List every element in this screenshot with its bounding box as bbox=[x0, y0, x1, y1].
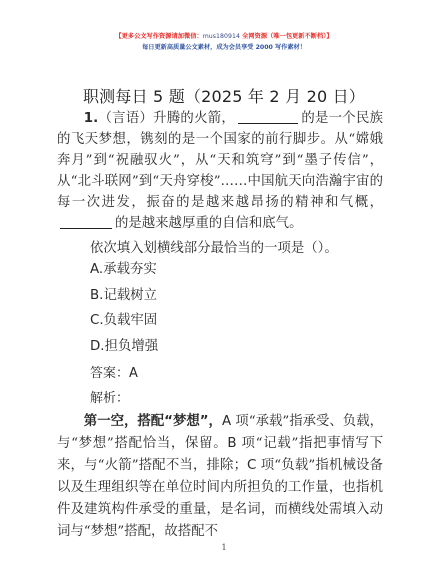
option-letter: C. bbox=[90, 313, 104, 328]
option-d: D.担负增强 bbox=[90, 338, 158, 364]
option-ref-b: B bbox=[227, 436, 236, 451]
question-paragraph: 1.（言语）升腾的火箭，的是一个民族的飞天梦想，镌刻的是一个国家的前行脚步。从“… bbox=[57, 108, 383, 234]
answer-line: 答案：A bbox=[90, 362, 138, 381]
option-ref-c: C bbox=[247, 458, 256, 473]
promo-banner-line-1: 【更多公文写作资源请加微信：mus180914 全网资源（唯一包更新不断档）】 bbox=[0, 31, 448, 40]
promo-banner-line-2: 每日更新高质量公文素材，成为会员享受 2000 写作素材！ bbox=[0, 42, 448, 51]
fill-blank-2 bbox=[60, 214, 112, 229]
option-ref-a: A bbox=[222, 414, 231, 429]
option-c: C.负载牢固 bbox=[90, 312, 158, 338]
option-letter: A. bbox=[90, 262, 103, 277]
option-b: B.记载树立 bbox=[90, 287, 158, 313]
analysis-body: 第一空，搭配“梦想”，A 项“承载”指承受、负载，与“梦想”搭配恰当，保留。B … bbox=[57, 411, 383, 543]
page-title: 职测每日 5 题（2025 年 2 月 20 日） bbox=[0, 84, 448, 107]
option-letter: B. bbox=[90, 288, 103, 303]
question-number: 1. bbox=[84, 111, 98, 126]
page-number: 1 bbox=[0, 543, 448, 552]
question-stem: 依次填入划横线部分最恰当的一项是（）。 bbox=[90, 237, 338, 256]
options-list: A.承载夯实 B.记载树立 C.负载牢固 D.担负增强 bbox=[90, 261, 158, 363]
analysis-paragraph: 第一空，搭配“梦想”，A 项“承载”指承受、负载，与“梦想”搭配恰当，保留。B … bbox=[57, 411, 383, 543]
wechat-handle: mus180914 bbox=[203, 33, 240, 40]
fill-blank-1 bbox=[238, 109, 298, 124]
option-text: 记载树立 bbox=[103, 288, 157, 303]
promo-suffix: 全网资源（唯一包更新不断档）】 bbox=[240, 33, 333, 40]
option-letter: D. bbox=[90, 339, 105, 354]
option-text: 承载夯实 bbox=[103, 262, 157, 277]
option-text: 担负增强 bbox=[105, 339, 159, 354]
document-page: 【更多公文写作资源请加微信：mus180914 全网资源（唯一包更新不断档）】 … bbox=[0, 0, 448, 580]
question-text-part-1: （言语）升腾的火箭， bbox=[98, 111, 235, 126]
analysis-lead: 第一空，搭配“梦想”， bbox=[84, 414, 222, 429]
question-text-part-3: 的是越来越厚重的自信和底气。 bbox=[115, 216, 302, 231]
option-a: A.承载夯实 bbox=[90, 261, 158, 287]
promo-prefix: 【更多公文写作资源请加微信： bbox=[115, 33, 202, 40]
analysis-label: 解析： bbox=[90, 387, 129, 406]
option-text: 负载牢固 bbox=[104, 313, 158, 328]
question-body: 1.（言语）升腾的火箭，的是一个民族的飞天梦想，镌刻的是一个国家的前行脚步。从“… bbox=[57, 108, 383, 234]
